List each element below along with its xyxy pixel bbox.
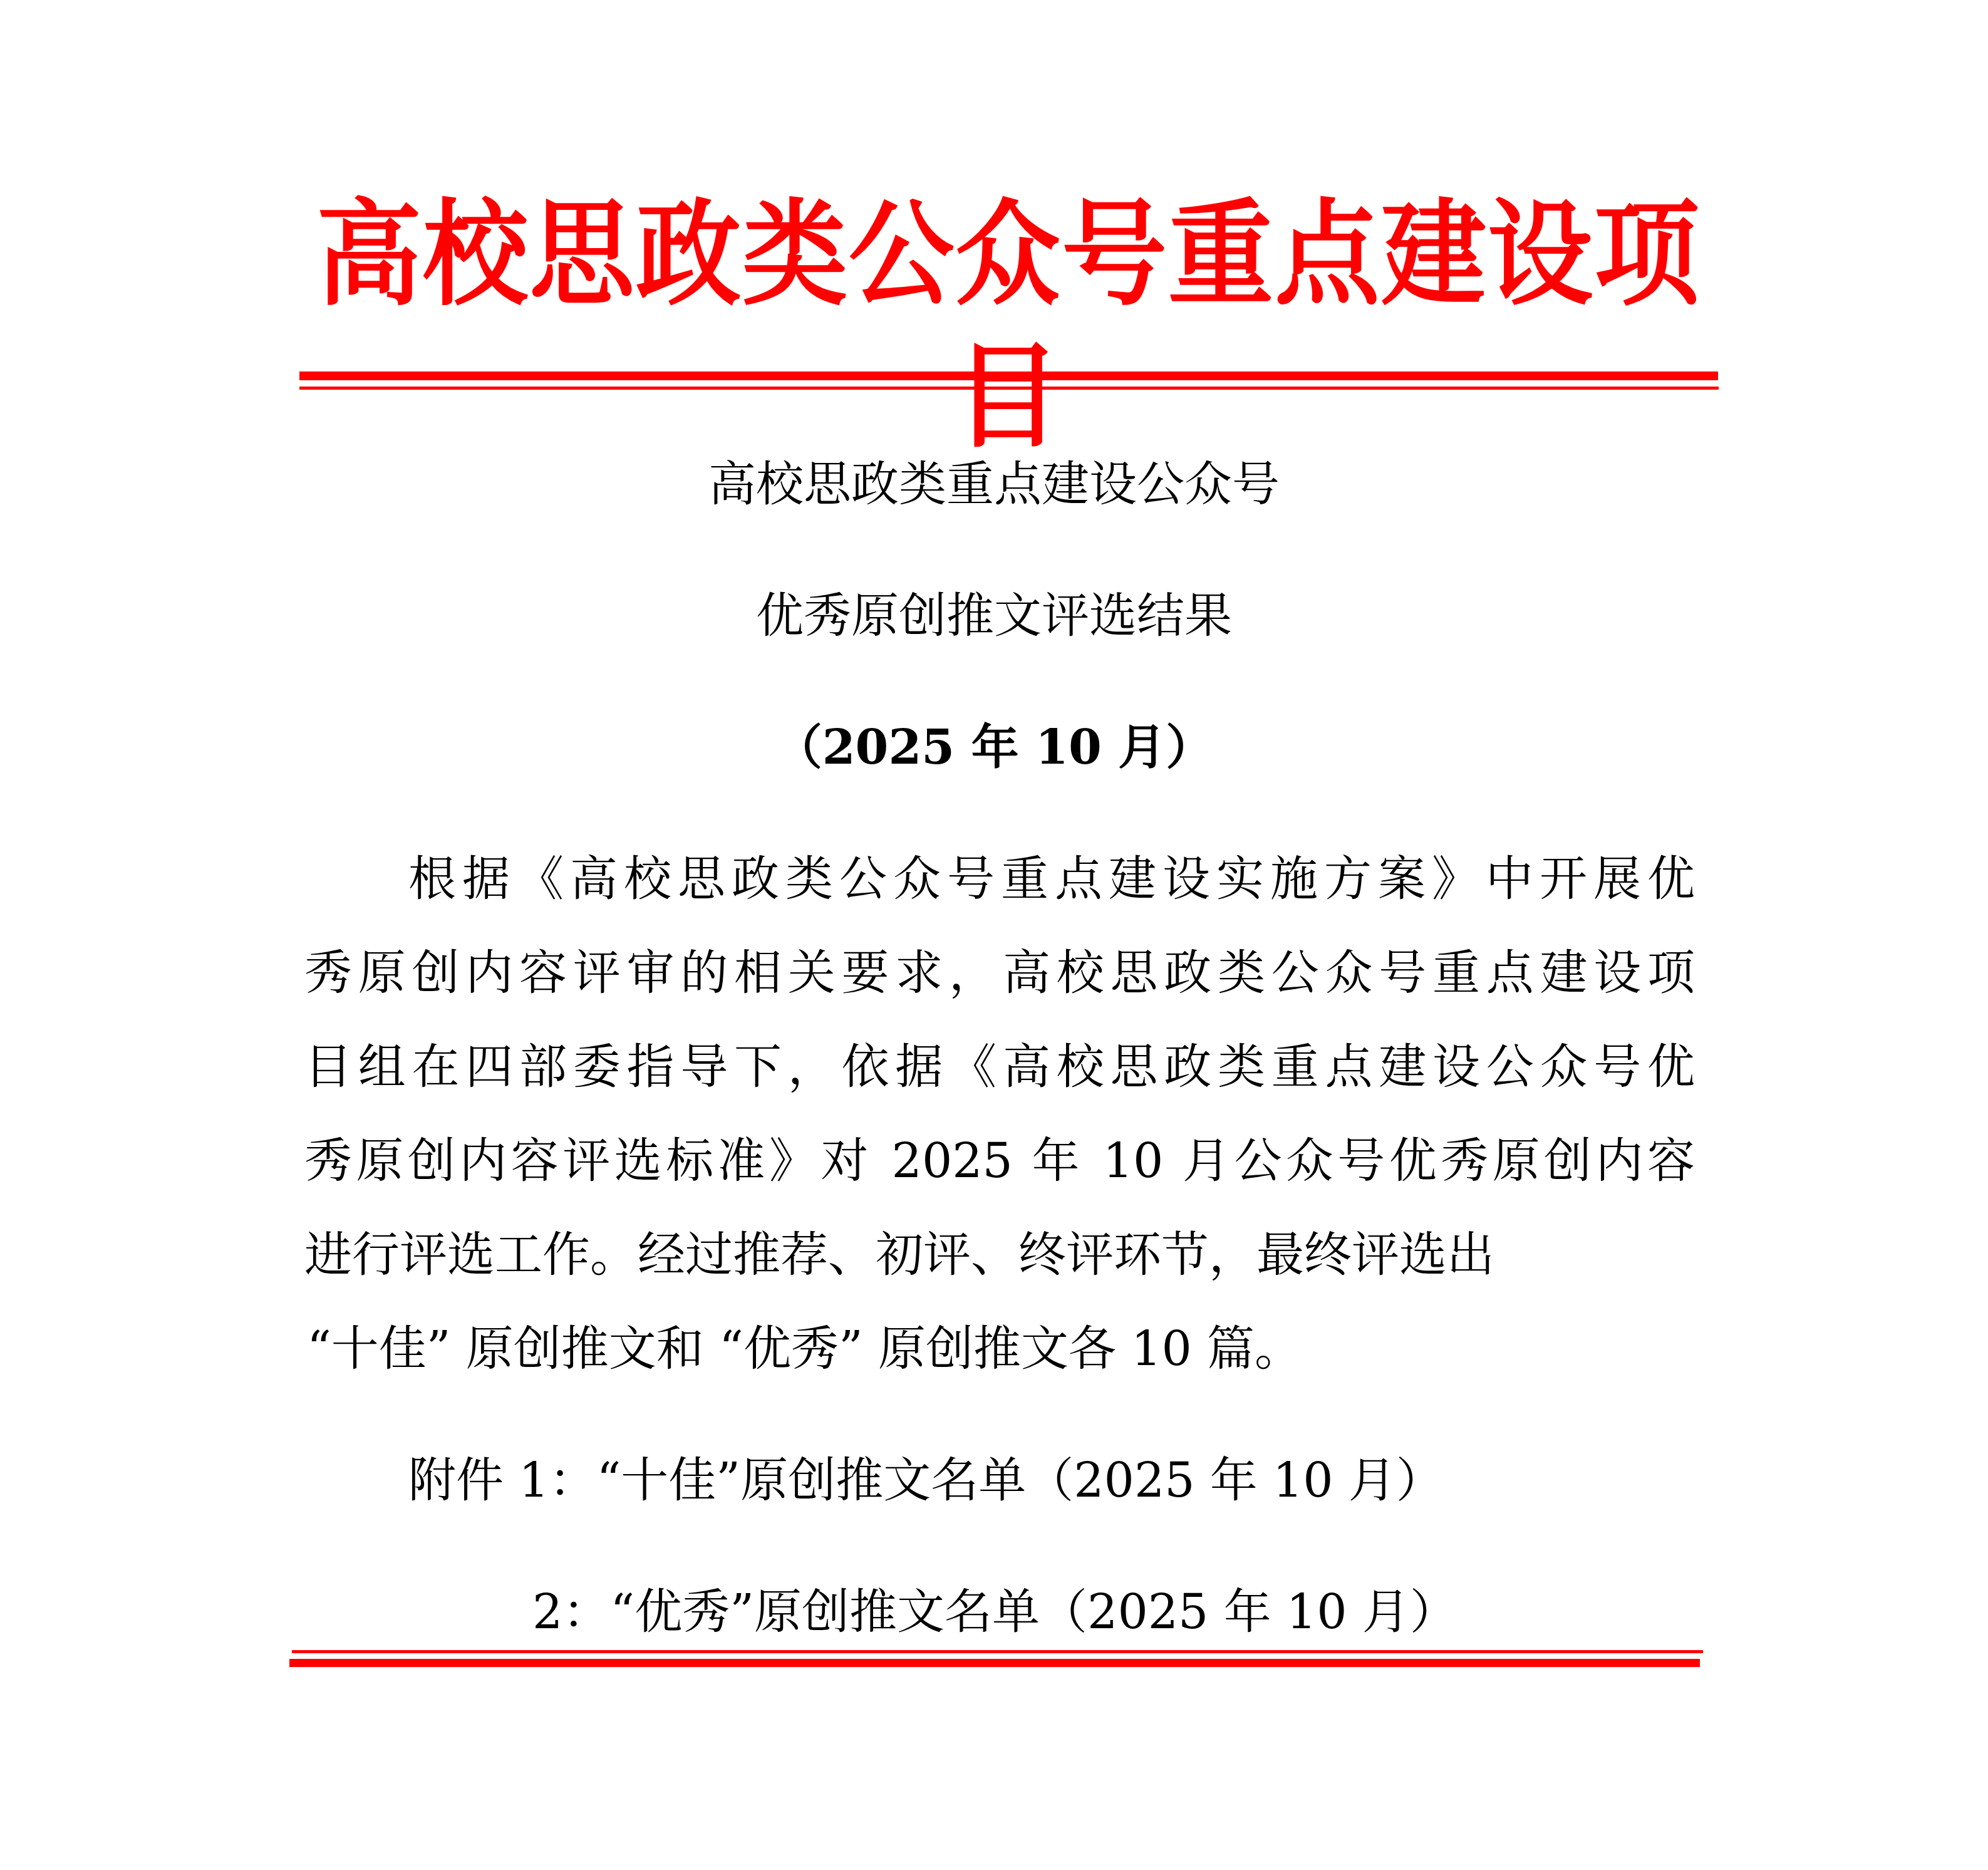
body-paragraph-line: 根据《高校思政类公众号重点建设实施方案》中开展优 (408, 848, 1695, 910)
body-paragraph-line: 秀原创内容评审的相关要求，高校思政类公众号重点建设项 (304, 942, 1695, 1004)
attachment-2: 2：“优秀”原创推文名单（2025 年 10 月） (532, 1581, 1457, 1643)
body-paragraph-line: “十佳” 原创推文和 “优秀” 原创推文各 10 篇。 (307, 1317, 1697, 1380)
bottom-rule-thin (292, 1650, 1703, 1653)
attachment-1: 附件 1：“十佳”原创推文名单（2025 年 10 月） (408, 1449, 1444, 1512)
body-paragraph-line: 目组在四部委指导下，依据《高校思政类重点建设公众号优 (304, 1036, 1695, 1098)
top-rule-thick (299, 371, 1718, 380)
document-date: （2025 年 10 月） (0, 716, 1988, 779)
document-title-line-2: 优秀原创推文评选结果 (0, 584, 1988, 647)
document-title-line-1: 高校思政类重点建设公众号 (0, 453, 1988, 516)
bottom-rule-thick (289, 1659, 1700, 1667)
masthead-title: 高校思政类公众号重点建设项目 (301, 183, 1716, 325)
body-paragraph-line: 进行评选工作。经过推荐、初评、终评环节，最终评选出 (304, 1223, 1657, 1286)
body-paragraph-line: 秀原创内容评选标准》对 2025 年 10 月公众号优秀原创内容 (304, 1130, 1695, 1192)
top-rule-thin (299, 387, 1719, 390)
